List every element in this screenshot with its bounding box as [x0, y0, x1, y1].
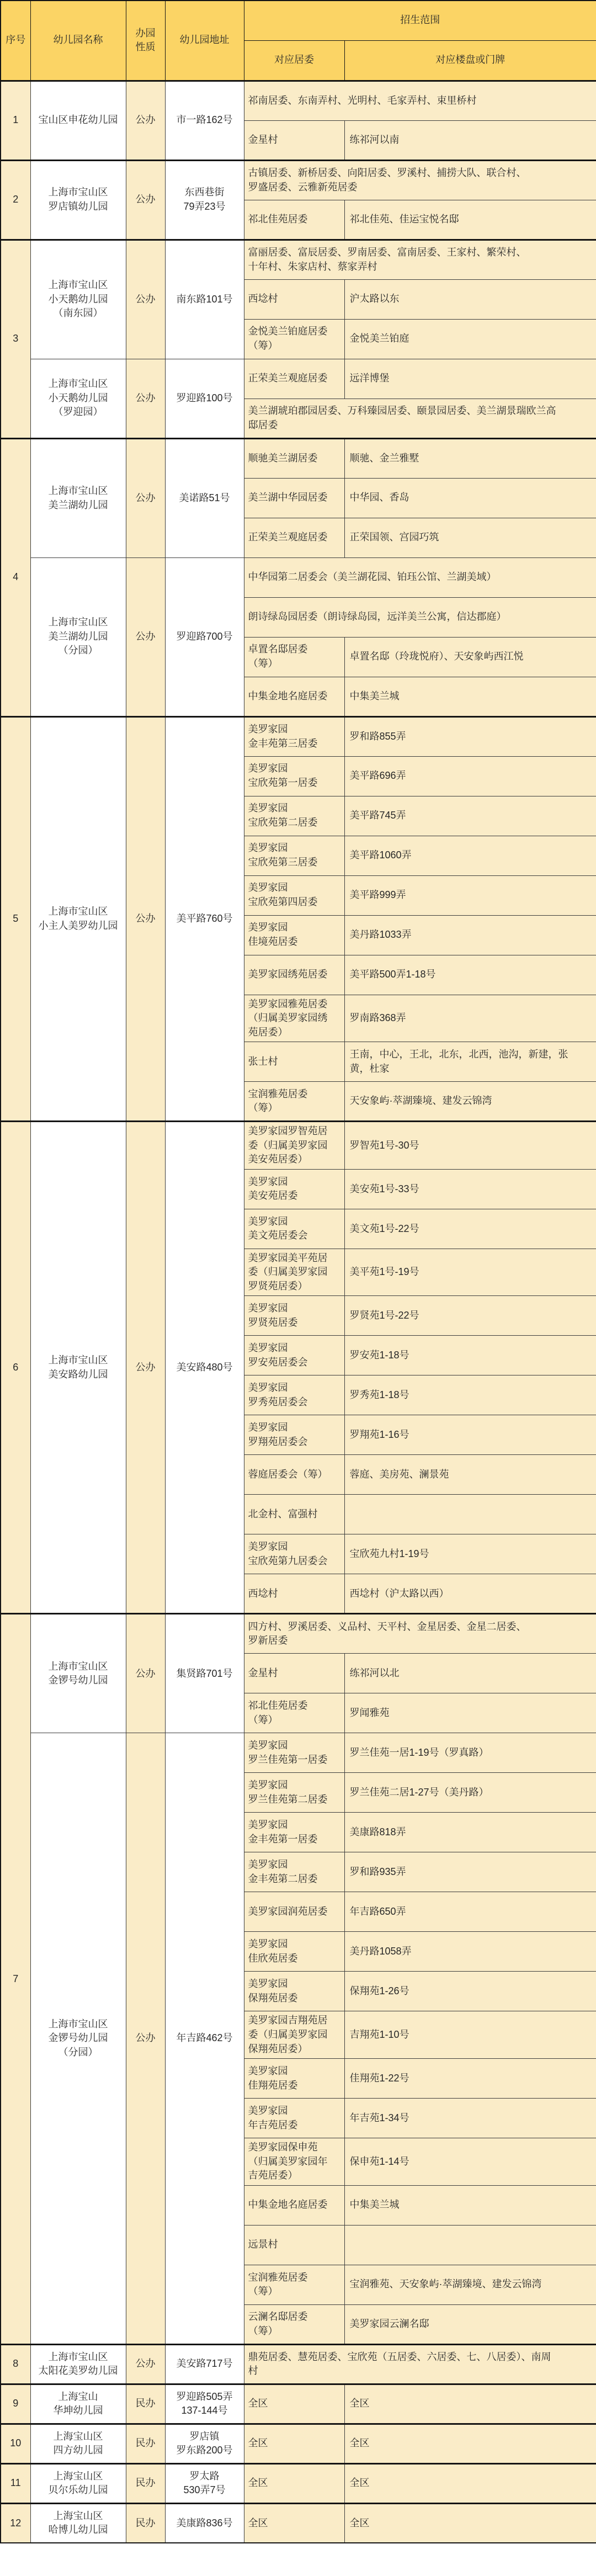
cell-address: 市一路162号 — [165, 81, 244, 160]
header-scope: 招生范围 — [244, 1, 596, 40]
cell-estate — [344, 2225, 596, 2265]
cell-estate: 美丹路1058弄 — [344, 1932, 596, 1972]
cell-committee: 卓置名邸居委 （筹） — [244, 637, 344, 677]
cell-estate: 祁北佳苑、佳运宝悦名邸 — [344, 200, 596, 240]
cell-estate: 罗贤苑1号-22号 — [344, 1296, 596, 1336]
cell-estate: 美平路1060弄 — [344, 836, 596, 875]
cell-estate: 金悦美兰铂庭 — [344, 319, 596, 359]
cell-kindergarten-name: 上海市宝山区 太阳花美罗幼儿园 — [30, 2344, 126, 2384]
cell-estate: 全区 — [344, 2463, 596, 2503]
cell-committee: 美罗家园 金丰苑第三居委 — [244, 716, 344, 756]
cell-committee: 美罗家园 罗贤苑居委 — [244, 1296, 344, 1336]
cell-estate: 顺驰、金兰雅墅 — [344, 438, 596, 478]
cell-committee: 美罗家园 佳境苑居委 — [244, 915, 344, 955]
cell-committee: 西埝村 — [244, 279, 344, 319]
table-row: 12上海宝山区 哈博儿幼儿园民办美康路836号全区全区 — [1, 2503, 596, 2543]
cell-estate: 中华园、香岛 — [344, 478, 596, 518]
cell-committee: 美兰湖中华园居委 — [244, 478, 344, 518]
cell-estate: 正荣国领、宫园巧筑 — [344, 518, 596, 557]
cell-estate: 美平路745弄 — [344, 796, 596, 836]
cell-address: 美康路836号 — [165, 2503, 244, 2543]
cell-estate: 年吉路650弄 — [344, 1892, 596, 1932]
table-row: 4上海市宝山区 美兰湖幼儿园公办美诺路51号顺驰美兰湖居委顺驰、金兰雅墅 — [1, 438, 596, 478]
cell-estate: 罗翔苑1-16号 — [344, 1415, 596, 1455]
cell-school-type: 公办 — [126, 2344, 165, 2384]
kindergarten-enrollment-page: 序号 幼儿园名称 办园 性质 幼儿园地址 招生范围 对应居委 对应楼盘或门牌 1… — [0, 0, 596, 2576]
cell-committee: 全区 — [244, 2463, 344, 2503]
cell-school-type: 公办 — [126, 81, 165, 160]
cell-enrollment-zone-span: 古镇居委、新桥居委、向阳居委、罗溪村、捕捞大队、联合村、 罗盛居委、云雅新苑居委 — [244, 160, 596, 200]
cell-serial-number: 1 — [1, 81, 30, 160]
cell-kindergarten-name: 上海市宝山区 小天鹅幼儿园 （南东园） — [30, 240, 126, 359]
cell-committee: 美罗家园 宝欣苑第二居委 — [244, 796, 344, 836]
cell-estate: 美平苑1号-19号 — [344, 1249, 596, 1296]
table-row: 上海市宝山区 小天鹅幼儿园 （罗迎园）公办罗迎路100号正荣美兰观庭居委远洋博堡 — [1, 359, 596, 399]
cell-school-type: 公办 — [126, 557, 165, 716]
cell-committee: 金星村 — [244, 120, 344, 160]
cell-estate: 保翔苑1-26号 — [344, 1972, 596, 2011]
cell-serial-number: 10 — [1, 2424, 30, 2463]
kindergarten-enrollment-table: 序号 幼儿园名称 办园 性质 幼儿园地址 招生范围 对应居委 对应楼盘或门牌 1… — [0, 0, 596, 2543]
cell-estate: 美文苑1号-22号 — [344, 1209, 596, 1249]
cell-committee: 北金村、富强村 — [244, 1495, 344, 1534]
cell-estate: 美平路500弄1-18号 — [344, 955, 596, 995]
cell-estate: 保申苑1-14号 — [344, 2138, 596, 2186]
cell-estate: 王南，中心，王北，北东，北西，池沟，新建，张 黄，杜家 — [344, 1042, 596, 1082]
cell-school-type: 民办 — [126, 2384, 165, 2424]
cell-estate: 年吉苑1-34号 — [344, 2099, 596, 2138]
cell-estate: 美丹路1033弄 — [344, 915, 596, 955]
cell-address: 美诺路51号 — [165, 438, 244, 557]
cell-estate: 罗秀苑1-18号 — [344, 1375, 596, 1415]
table-row: 1宝山区申花幼儿园公办市一路162号祁南居委、东南弄村、光明村、毛家弄村、束里桥… — [1, 81, 596, 120]
cell-serial-number: 7 — [1, 1614, 30, 2344]
cell-estate: 卓置名邸（玲珑悦府）、天安象屿西江悦 — [344, 637, 596, 677]
cell-serial-number: 11 — [1, 2463, 30, 2503]
cell-committee: 美罗家园雅苑居委 （归属美罗家园绣 苑居委） — [244, 995, 344, 1042]
cell-estate: 全区 — [344, 2503, 596, 2543]
table-row: 9上海宝山 华坤幼儿园民办罗迎路505弄 137-144号全区全区 — [1, 2384, 596, 2424]
cell-committee: 美罗家园绣苑居委 — [244, 955, 344, 995]
cell-school-type: 民办 — [126, 2503, 165, 2543]
cell-committee: 美罗家园 宝欣苑第一居委 — [244, 756, 344, 796]
cell-estate: 沪太路以东 — [344, 279, 596, 319]
cell-estate: 中集美兰城 — [344, 2185, 596, 2225]
cell-estate: 远洋博堡 — [344, 359, 596, 399]
cell-school-type: 公办 — [126, 240, 165, 359]
cell-committee: 美罗家园保申苑 （归属美罗家园年 吉苑居委） — [244, 2138, 344, 2186]
cell-enrollment-zone-span: 祁南居委、东南弄村、光明村、毛家弄村、束里桥村 — [244, 81, 596, 120]
cell-school-type: 公办 — [126, 1614, 165, 1733]
cell-committee: 美罗家园 年吉苑居委 — [244, 2099, 344, 2138]
cell-school-type: 公办 — [126, 160, 165, 240]
header-row-1: 序号 幼儿园名称 办园 性质 幼儿园地址 招生范围 — [1, 1, 596, 40]
cell-estate: 练祁河以北 — [344, 1654, 596, 1693]
cell-address: 年吉路462号 — [165, 1733, 244, 2344]
cell-committee: 宝润雅苑居委 （筹） — [244, 2265, 344, 2304]
header-no: 序号 — [1, 1, 30, 81]
header-address: 幼儿园地址 — [165, 1, 244, 81]
cell-committee: 金星村 — [244, 1654, 344, 1693]
cell-committee: 宝润雅苑居委 （筹） — [244, 1082, 344, 1122]
cell-serial-number: 5 — [1, 716, 30, 1122]
cell-address: 罗迎路700号 — [165, 557, 244, 716]
cell-estate: 练祁河以南 — [344, 120, 596, 160]
table-row: 7上海市宝山区 金锣号幼儿园公办集贤路701号四方村、罗溪居委、义品村、天平村、… — [1, 1614, 596, 1654]
cell-kindergarten-name: 上海市宝山区 美兰湖幼儿园 （分园） — [30, 557, 126, 716]
cell-address: 罗店镇 罗东路200号 — [165, 2424, 244, 2463]
cell-kindergarten-name: 上海宝山区 四方幼儿园 — [30, 2424, 126, 2463]
cell-committee: 美罗家园 宝欣苑第三居委 — [244, 836, 344, 875]
cell-school-type: 公办 — [126, 1733, 165, 2344]
header-type: 办园 性质 — [126, 1, 165, 81]
cell-committee: 美罗家园 罗翔苑居委会 — [244, 1415, 344, 1455]
cell-estate: 罗南路368弄 — [344, 995, 596, 1042]
table-row: 11上海宝山区 贝尔乐幼儿园民办罗太路 530弄7号全区全区 — [1, 2463, 596, 2503]
cell-committee: 正荣美兰观庭居委 — [244, 518, 344, 557]
cell-estate: 全区 — [344, 2424, 596, 2463]
cell-committee: 金悦美兰铂庭居委 （筹） — [244, 319, 344, 359]
cell-committee: 祁北佳苑居委 （筹） — [244, 1693, 344, 1733]
table-row: 10上海宝山区 四方幼儿园民办罗店镇 罗东路200号全区全区 — [1, 2424, 596, 2463]
cell-committee: 张士村 — [244, 1042, 344, 1082]
cell-estate: 全区 — [344, 2384, 596, 2424]
table-header: 序号 幼儿园名称 办园 性质 幼儿园地址 招生范围 对应居委 对应楼盘或门牌 — [1, 1, 596, 81]
cell-committee: 美罗家园 美安苑居委 — [244, 1169, 344, 1209]
cell-committee: 云澜名邸居委 （筹） — [244, 2304, 344, 2344]
cell-committee: 美罗家园 宝欣苑第四居委 — [244, 875, 344, 915]
cell-estate: 罗安苑1-18号 — [344, 1336, 596, 1375]
cell-kindergarten-name: 上海市宝山区 金锣号幼儿园 （分园） — [30, 1733, 126, 2344]
cell-committee: 中集金地名庭居委 — [244, 677, 344, 716]
cell-serial-number: 9 — [1, 2384, 30, 2424]
table-row: 上海市宝山区 金锣号幼儿园 （分园）公办年吉路462号美罗家园 罗兰佳苑第一居委… — [1, 1733, 596, 1773]
cell-enrollment-zone-span: 美兰湖琥珀郡园居委、万科臻园居委、颐景园居委、美兰湖景瑞欧兰高 邸居委 — [244, 399, 596, 438]
cell-committee: 美罗家园 罗兰佳苑第一居委 — [244, 1733, 344, 1773]
cell-enrollment-zone-span: 中华园第二居委会（美兰湖花园、铂珏公馆、兰湖美域） — [244, 557, 596, 597]
cell-school-type: 民办 — [126, 2424, 165, 2463]
cell-kindergarten-name: 上海宝山区 贝尔乐幼儿园 — [30, 2463, 126, 2503]
cell-address: 南东路101号 — [165, 240, 244, 359]
cell-address: 罗太路 530弄7号 — [165, 2463, 244, 2503]
cell-committee: 蓉庭居委会（筹） — [244, 1455, 344, 1495]
cell-kindergarten-name: 上海市宝山区 小天鹅幼儿园 （罗迎园） — [30, 359, 126, 438]
header-committee: 对应居委 — [244, 40, 344, 81]
cell-committee: 美罗家园润苑居委 — [244, 1892, 344, 1932]
table-row: 8上海市宝山区 太阳花美罗幼儿园公办美安路717号鼎苑居委、慧苑居委、宝欣苑（五… — [1, 2344, 596, 2384]
cell-address: 东西巷街 79弄23号 — [165, 160, 244, 240]
cell-address: 美安路717号 — [165, 2344, 244, 2384]
cell-committee: 美罗家园罗智苑居 委（归属美罗家园 美安苑居委） — [244, 1122, 344, 1170]
cell-enrollment-zone-span: 鼎苑居委、慧苑居委、宝欣苑（五居委、六居委、七、八居委）、南周 村 — [244, 2344, 596, 2384]
cell-school-type: 公办 — [126, 359, 165, 438]
cell-serial-number: 4 — [1, 438, 30, 716]
cell-committee: 美罗家园 罗兰佳苑第二居委 — [244, 1773, 344, 1813]
cell-enrollment-zone-span: 四方村、罗溪居委、义品村、天平村、金星居委、金星二居委、 罗新居委 — [244, 1614, 596, 1654]
cell-committee: 全区 — [244, 2503, 344, 2543]
cell-address: 集贤路701号 — [165, 1614, 244, 1733]
header-estate: 对应楼盘或门牌 — [344, 40, 596, 81]
header-name: 幼儿园名称 — [30, 1, 126, 81]
cell-estate: 美康路818弄 — [344, 1813, 596, 1852]
cell-estate: 罗和路935弄 — [344, 1852, 596, 1892]
cell-estate: 西埝村（沪太路以西） — [344, 1574, 596, 1614]
cell-estate: 美安苑1号-33号 — [344, 1169, 596, 1209]
cell-serial-number: 8 — [1, 2344, 30, 2384]
cell-serial-number: 6 — [1, 1122, 30, 1614]
cell-estate: 中集美兰城 — [344, 677, 596, 716]
cell-address: 美安路480号 — [165, 1122, 244, 1614]
table-body: 1宝山区申花幼儿园公办市一路162号祁南居委、东南弄村、光明村、毛家弄村、束里桥… — [1, 81, 596, 2543]
cell-estate: 蓉庭、美房苑、澜景苑 — [344, 1455, 596, 1495]
cell-committee: 祁北佳苑居委 — [244, 200, 344, 240]
cell-address: 美平路760号 — [165, 716, 244, 1122]
cell-estate: 罗闻雅苑 — [344, 1693, 596, 1733]
cell-estate: 宝欣苑九村1-19号 — [344, 1534, 596, 1574]
cell-address: 罗迎路505弄 137-144号 — [165, 2384, 244, 2424]
cell-kindergarten-name: 上海市宝山区 小主人美罗幼儿园 — [30, 716, 126, 1122]
cell-committee: 正荣美兰观庭居委 — [244, 359, 344, 399]
cell-serial-number: 12 — [1, 2503, 30, 2543]
table-row: 上海市宝山区 美兰湖幼儿园 （分园）公办罗迎路700号中华园第二居委会（美兰湖花… — [1, 557, 596, 597]
cell-committee: 美罗家园 金丰苑第一居委 — [244, 1813, 344, 1852]
cell-committee: 美罗家园美平苑居 委（归属美罗家园 罗贤苑居委） — [244, 1249, 344, 1296]
cell-school-type: 民办 — [126, 2463, 165, 2503]
table-row: 6上海市宝山区 美安路幼儿园公办美安路480号美罗家园罗智苑居 委（归属美罗家园… — [1, 1122, 596, 1170]
cell-committee: 西埝村 — [244, 1574, 344, 1614]
cell-estate: 吉翔苑1-10号 — [344, 2011, 596, 2059]
cell-enrollment-zone-span: 朗诗绿岛园居委（朗诗绿岛园，远洋美兰公寓，信达郡庭） — [244, 597, 596, 637]
cell-estate: 佳翔苑1-22号 — [344, 2059, 596, 2099]
cell-enrollment-zone-span: 富丽居委、富辰居委、罗南居委、富南居委、王家村、繁荣村、 十年村、朱家店村、蔡家… — [244, 240, 596, 279]
cell-estate: 美平路999弄 — [344, 875, 596, 915]
cell-committee: 美罗家园 罗安苑居委会 — [244, 1336, 344, 1375]
cell-kindergarten-name: 上海市宝山区 美安路幼儿园 — [30, 1122, 126, 1614]
cell-kindergarten-name: 上海市宝山区 金锣号幼儿园 — [30, 1614, 126, 1733]
cell-school-type: 公办 — [126, 716, 165, 1122]
cell-estate: 罗兰佳苑二居1-27号（美丹路） — [344, 1773, 596, 1813]
cell-committee: 美罗家园 金丰苑第二居委 — [244, 1852, 344, 1892]
cell-committee: 美罗家园 保翔苑居委 — [244, 1972, 344, 2011]
table-row: 5上海市宝山区 小主人美罗幼儿园公办美平路760号美罗家园 金丰苑第三居委罗和路… — [1, 716, 596, 756]
cell-estate: 宝润雅苑、天安象屿·萃湖臻境、建发云锦湾 — [344, 2265, 596, 2304]
cell-kindergarten-name: 上海宝山 华坤幼儿园 — [30, 2384, 126, 2424]
cell-committee: 全区 — [244, 2424, 344, 2463]
cell-kindergarten-name: 宝山区申花幼儿园 — [30, 81, 126, 160]
cell-estate — [344, 1495, 596, 1534]
cell-committee: 美罗家园 佳翔苑居委 — [244, 2059, 344, 2099]
cell-committee: 顺驰美兰湖居委 — [244, 438, 344, 478]
cell-committee: 美罗家园 罗秀苑居委会 — [244, 1375, 344, 1415]
cell-committee: 远景村 — [244, 2225, 344, 2265]
table-row: 3上海市宝山区 小天鹅幼儿园 （南东园）公办南东路101号富丽居委、富辰居委、罗… — [1, 240, 596, 279]
cell-estate: 美罗家园云澜名邸 — [344, 2304, 596, 2344]
cell-estate: 美平路696弄 — [344, 756, 596, 796]
cell-estate: 罗和路855弄 — [344, 716, 596, 756]
cell-estate: 罗智苑1号-30号 — [344, 1122, 596, 1170]
cell-committee: 美罗家园 宝欣苑第九居委会 — [244, 1534, 344, 1574]
cell-kindergarten-name: 上海市宝山区 美兰湖幼儿园 — [30, 438, 126, 557]
cell-serial-number: 2 — [1, 160, 30, 240]
cell-committee: 中集金地名庭居委 — [244, 2185, 344, 2225]
cell-committee: 美罗家园 美文苑居委会 — [244, 1209, 344, 1249]
cell-serial-number: 3 — [1, 240, 30, 438]
cell-school-type: 公办 — [126, 438, 165, 557]
cell-school-type: 公办 — [126, 1122, 165, 1614]
cell-kindergarten-name: 上海市宝山区 罗店镇幼儿园 — [30, 160, 126, 240]
cell-estate: 天安象屿·萃湖臻境、建发云锦湾 — [344, 1082, 596, 1122]
cell-committee: 美罗家园 佳欣苑居委 — [244, 1932, 344, 1972]
cell-address: 罗迎路100号 — [165, 359, 244, 438]
cell-estate: 罗兰佳苑一居1-19号（罗真路） — [344, 1733, 596, 1773]
cell-committee: 美罗家园吉翔苑居 委（归属美罗家园 保翔苑居委） — [244, 2011, 344, 2059]
cell-kindergarten-name: 上海宝山区 哈博儿幼儿园 — [30, 2503, 126, 2543]
cell-committee: 全区 — [244, 2384, 344, 2424]
table-row: 2上海市宝山区 罗店镇幼儿园公办东西巷街 79弄23号古镇居委、新桥居委、向阳居… — [1, 160, 596, 200]
